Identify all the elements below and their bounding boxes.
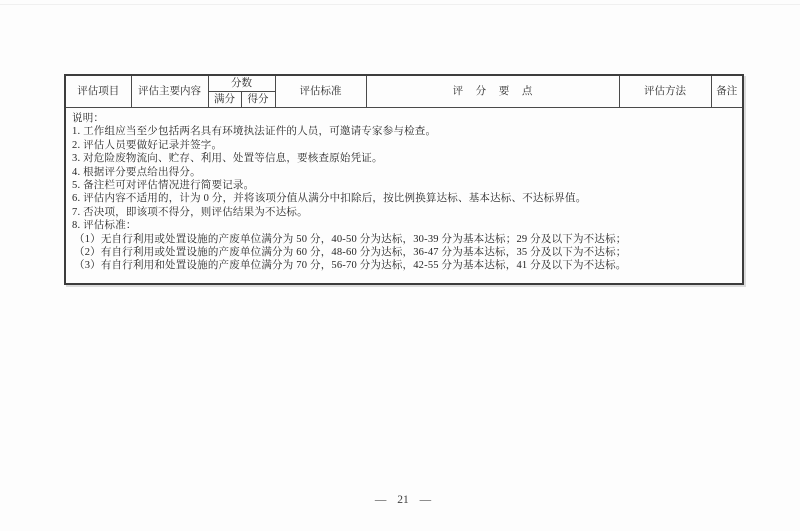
note-line-4: 4. 根据评分要点给出得分。 [72, 166, 734, 179]
col-header-score-group: 分数 [208, 75, 275, 92]
scan-artifact-line [0, 4, 800, 5]
col-header-key-points: 评 分 要 点 [366, 75, 619, 108]
note-line-8-sub-3: （3）有自行利用和处置设施的产废单位满分为 70 分，56-70 分为达标，42… [72, 259, 734, 272]
col-header-standard: 评估标准 [275, 75, 366, 108]
document-page: 评估项目 评估主要内容 分数 评估标准 评 分 要 点 评估方法 备注 满分 得… [0, 0, 800, 531]
notes-title: 说明： [72, 112, 734, 125]
notes-row: 说明： 1. 工作组应当至少包括两名具有环境执法证件的人员，可邀请专家参与检查。… [65, 108, 743, 284]
col-header-method: 评估方法 [619, 75, 711, 108]
note-line-7: 7. 否决项，即该项不得分，则评估结果为不达标。 [72, 206, 734, 219]
evaluation-table: 评估项目 评估主要内容 分数 评估标准 评 分 要 点 评估方法 备注 满分 得… [64, 74, 744, 285]
col-header-full-score: 满分 [208, 92, 241, 108]
note-line-6: 6. 评估内容不适用的，计为 0 分，并将该项分值从满分中扣除后，按比例换算达标… [72, 192, 734, 205]
header-row-1: 评估项目 评估主要内容 分数 评估标准 评 分 要 点 评估方法 备注 [65, 75, 743, 92]
note-line-1: 1. 工作组应当至少包括两名具有环境执法证件的人员，可邀请专家参与检查。 [72, 125, 734, 138]
page-number: — 21 — [64, 494, 742, 506]
notes-cell: 说明： 1. 工作组应当至少包括两名具有环境执法证件的人员，可邀请专家参与检查。… [65, 108, 743, 284]
col-header-main-content: 评估主要内容 [131, 75, 208, 108]
evaluation-table-container: 评估项目 评估主要内容 分数 评估标准 评 分 要 点 评估方法 备注 满分 得… [64, 74, 742, 285]
col-header-remark: 备注 [711, 75, 743, 108]
note-line-8-sub-1: （1）无自行利用或处置设施的产废单位满分为 50 分，40-50 分为达标，30… [72, 233, 734, 246]
note-line-2: 2. 评估人员要做好记录并签字。 [72, 139, 734, 152]
note-line-5: 5. 备注栏可对评估情况进行简要记录。 [72, 179, 734, 192]
note-line-3: 3. 对危险废物流向、贮存、利用、处置等信息，要核查原始凭证。 [72, 152, 734, 165]
note-line-8: 8. 评估标准： [72, 219, 734, 232]
note-line-8-sub-2: （2）有自行利用或处置设施的产废单位满分为 60 分，48-60 分为达标，36… [72, 246, 734, 259]
col-header-got-score: 得分 [241, 92, 275, 108]
col-header-eval-item: 评估项目 [65, 75, 131, 108]
